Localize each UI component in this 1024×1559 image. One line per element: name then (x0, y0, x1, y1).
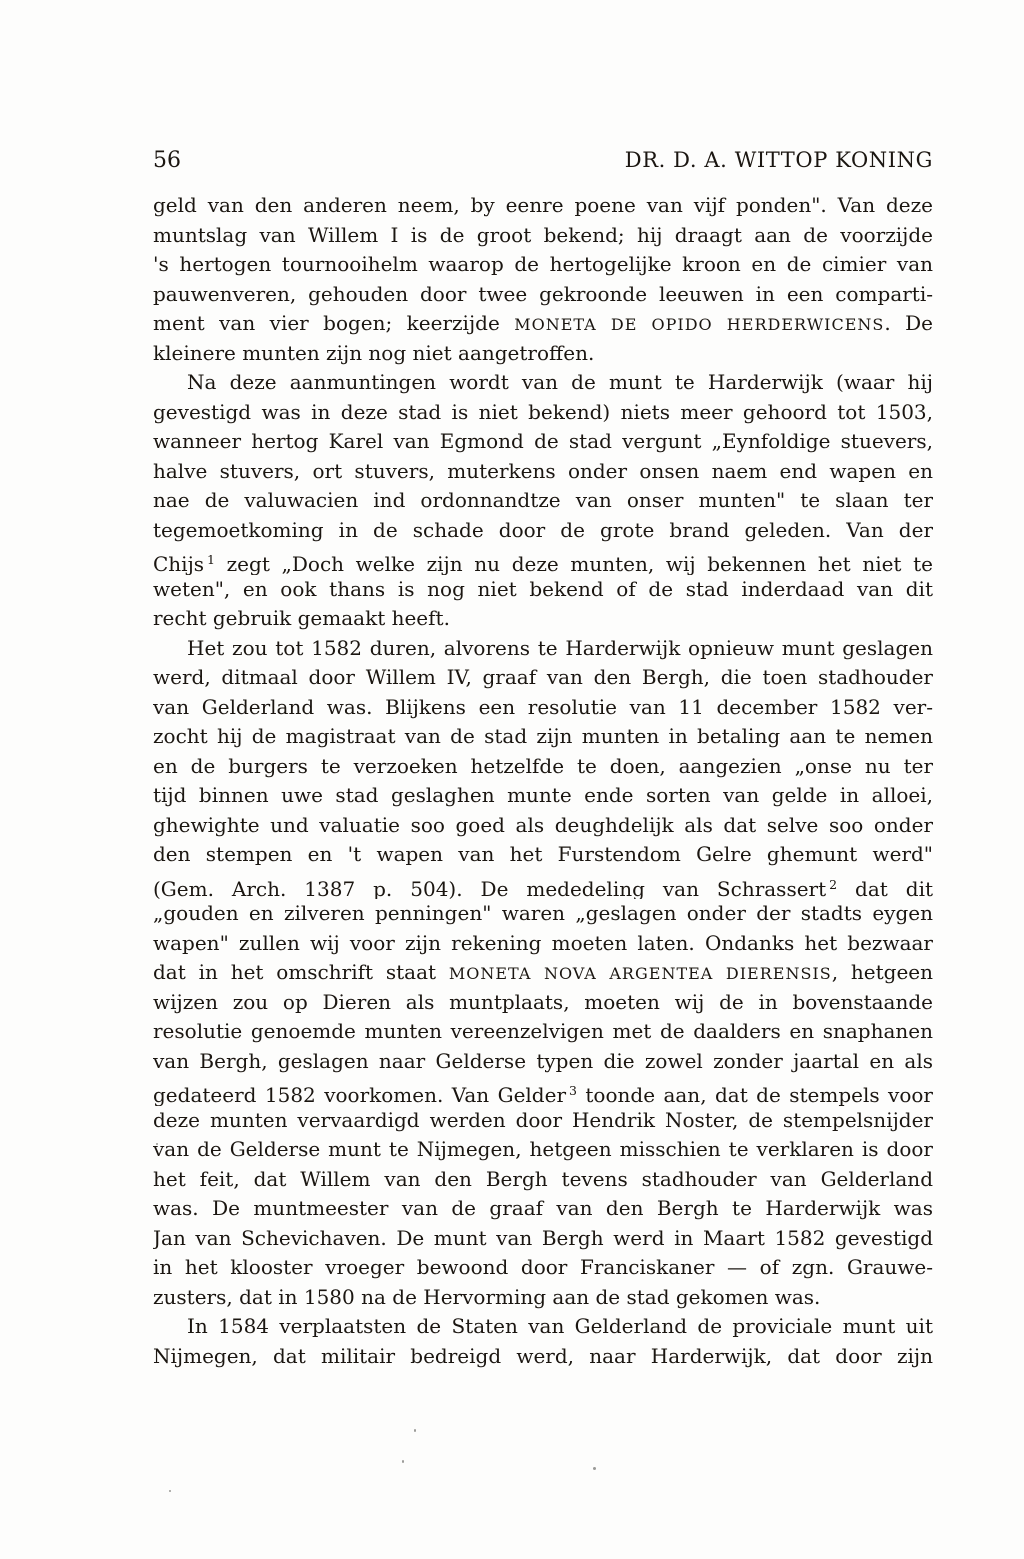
text-line: In 1584 verplaatsten de Staten van Gelde… (153, 1312, 933, 1342)
scan-speck (402, 1460, 404, 1463)
text-line: werd, ditmaal door Willem IV, graaf van … (153, 663, 933, 693)
text-line: kleinere munten zijn nog niet aangetroff… (153, 339, 933, 369)
text-run: en de burgers te verzoeken hetzelfde te … (153, 754, 933, 778)
paragraph: In 1584 verplaatsten de Staten van Gelde… (153, 1312, 933, 1371)
text-run: (Gem. Arch. 1387 p. 504). De mededeling … (153, 877, 826, 900)
text-line: ment van vier bogen; keerzijde MONETA DE… (153, 309, 933, 339)
text-run: ghewighte und valuatie soo goed als deug… (153, 813, 933, 837)
text-run: halve stuvers, ort stuvers, muterkens on… (153, 459, 933, 483)
text-run: wijzen zou op Dieren als muntplaats, moe… (153, 990, 933, 1014)
text-line: deze munten vervaardigd werden door Hend… (153, 1106, 933, 1136)
text-line: het feit, dat Willem van den Bergh teven… (153, 1165, 933, 1195)
text-line: 's hertogen tournooihelm waarop de herto… (153, 250, 933, 280)
text-run: resolutie genoemde munten vereenzelvigen… (153, 1019, 933, 1043)
text-run: Na deze aanmuntingen wordt van de munt t… (187, 370, 933, 394)
text-line: van Gelderland was. Blijkens een resolut… (153, 693, 933, 723)
text-run: van Gelderland was. Blijkens een resolut… (153, 695, 933, 719)
text-body: geld van den anderen neem, by eenre poen… (153, 191, 933, 1371)
text-line: wapen" zullen wij voor zijn rekening moe… (153, 929, 933, 959)
text-line: geld van den anderen neem, by eenre poen… (153, 191, 933, 221)
text-run: werd, ditmaal door Willem IV, graaf van … (153, 665, 933, 689)
coin-legend-smallcaps: MONETA NOVA ARGENTEA DIERENSIS (449, 964, 832, 983)
text-run: . De (884, 311, 933, 335)
text-run: Jan van Schevichaven. De munt van Bergh … (153, 1226, 933, 1250)
text-line: weten", en ook thans is nog niet bekend … (153, 575, 933, 605)
text-run: tegemoetkoming in de schade door de grot… (153, 518, 933, 542)
text-line: zusters, dat in 1580 na de Hervorming aa… (153, 1283, 933, 1313)
text-line: gevestigd was in deze stad is niet beken… (153, 398, 933, 428)
footnote-reference: 1 (207, 552, 215, 567)
text-run: gevestigd was in deze stad is niet beken… (153, 400, 933, 424)
text-line: Na deze aanmuntingen wordt van de munt t… (153, 368, 933, 398)
text-line: „gouden en zilveren penningen" waren „ge… (153, 899, 933, 929)
text-line: wijzen zou op Dieren als muntplaats, moe… (153, 988, 933, 1018)
text-line: van Bergh, geslagen naar Gelderse typen … (153, 1047, 933, 1077)
text-run: van Bergh, geslagen naar Gelderse typen … (153, 1049, 933, 1073)
text-run: 's hertogen tournooihelm waarop de herto… (153, 252, 933, 276)
text-line: Jan van Schevichaven. De munt van Bergh … (153, 1224, 933, 1254)
footnote-reference: 3 (569, 1083, 577, 1098)
paragraph: Het zou tot 1582 duren, alvorens te Hard… (153, 634, 933, 1313)
footnote-reference: 2 (829, 877, 837, 892)
text-line: was. De muntmeester van de graaf van den… (153, 1194, 933, 1224)
text-run: kleinere munten zijn nog niet aangetroff… (153, 341, 594, 365)
text-run: zusters, dat in 1580 na de Hervorming aa… (153, 1285, 820, 1309)
text-run: Chijs (153, 552, 204, 575)
scan-speck (156, 1143, 158, 1145)
text-run: toonde aan, dat de stempels voor (577, 1083, 933, 1106)
paragraph: Na deze aanmuntingen wordt van de munt t… (153, 368, 933, 634)
text-line: ghewighte und valuatie soo goed als deug… (153, 811, 933, 841)
text-run: het feit, dat Willem van den Bergh teven… (153, 1167, 933, 1191)
text-line: Het zou tot 1582 duren, alvorens te Hard… (153, 634, 933, 664)
text-line: (Gem. Arch. 1387 p. 504). De mededeling … (153, 870, 933, 900)
text-run: pauwenveren, gehouden door twee gekroond… (153, 282, 933, 306)
text-line: zocht hij de magistraat van de stad zijn… (153, 722, 933, 752)
text-run: Nijmegen, dat militair bedreigd werd, na… (153, 1344, 933, 1368)
text-run: muntslag van Willem I is de groot bekend… (153, 223, 933, 247)
coin-legend-smallcaps: MONETA DE OPIDO HERDERWICENS (514, 315, 884, 334)
text-run: zocht hij de magistraat van de stad zijn… (153, 724, 933, 748)
text-line: wanneer hertog Karel van Egmond de stad … (153, 427, 933, 457)
text-line: halve stuvers, ort stuvers, muterkens on… (153, 457, 933, 487)
text-run: recht gebruik gemaakt heeft. (153, 606, 450, 630)
text-line: muntslag van Willem I is de groot bekend… (153, 221, 933, 251)
text-line: recht gebruik gemaakt heeft. (153, 604, 933, 634)
text-run: zegt „Doch welke zijn nu deze munten, wi… (215, 552, 933, 575)
paragraph: geld van den anderen neem, by eenre poen… (153, 191, 933, 368)
text-run: deze munten vervaardigd werden door Hend… (153, 1108, 933, 1132)
text-line: tijd binnen uwe stad geslaghen munte end… (153, 781, 933, 811)
text-run: in het klooster vroeger bewoond door Fra… (153, 1255, 933, 1279)
scan-speck (414, 1429, 416, 1432)
text-run: wapen" zullen wij voor zijn rekening moe… (153, 931, 933, 955)
text-run: dat dit (837, 877, 933, 900)
text-line: en de burgers te verzoeken hetzelfde te … (153, 752, 933, 782)
page-number: 56 (153, 148, 181, 173)
text-run: gedateerd 1582 voorkomen. Van Gelder (153, 1083, 566, 1106)
text-run: ment van vier bogen; keerzijde (153, 311, 514, 335)
text-line: in het klooster vroeger bewoond door Fra… (153, 1253, 933, 1283)
text-run: , hetgeen (832, 960, 933, 984)
running-title: DR. D. A. WITTOP KONING (625, 148, 933, 172)
scan-speck (169, 1490, 171, 1492)
text-run: van de Gelderse munt te Nijmegen, hetgee… (153, 1137, 933, 1161)
text-line: resolutie genoemde munten vereenzelvigen… (153, 1017, 933, 1047)
text-run: wanneer hertog Karel van Egmond de stad … (153, 429, 933, 453)
text-run: tijd binnen uwe stad geslaghen munte end… (153, 783, 933, 807)
text-line: den stempen en 't wapen van het Furstend… (153, 840, 933, 870)
text-run: Het zou tot 1582 duren, alvorens te Hard… (187, 636, 933, 660)
scanned-book-page: 56 DR. D. A. WITTOP KONING geld van den … (0, 0, 1024, 1559)
text-run: In 1584 verplaatsten de Staten van Gelde… (187, 1314, 933, 1338)
text-line: dat in het omschrift staat MONETA NOVA A… (153, 958, 933, 988)
text-line: pauwenveren, gehouden door twee gekroond… (153, 280, 933, 310)
text-line: gedateerd 1582 voorkomen. Van Gelder3 to… (153, 1076, 933, 1106)
text-run: den stempen en 't wapen van het Furstend… (153, 842, 933, 866)
text-line: Nijmegen, dat militair bedreigd werd, na… (153, 1342, 933, 1372)
text-run: weten", en ook thans is nog niet bekend … (153, 577, 933, 601)
text-run: nae de valuwacien ind ordonnandtze van o… (153, 488, 933, 512)
text-run: dat in het omschrift staat (153, 960, 449, 984)
text-run: was. De muntmeester van de graaf van den… (153, 1196, 933, 1220)
text-line: tegemoetkoming in de schade door de grot… (153, 516, 933, 546)
text-line: van de Gelderse munt te Nijmegen, hetgee… (153, 1135, 933, 1165)
text-line: nae de valuwacien ind ordonnandtze van o… (153, 486, 933, 516)
text-run: geld van den anderen neem, by eenre poen… (153, 193, 933, 217)
scan-speck (593, 1467, 596, 1470)
text-run: „gouden en zilveren penningen" waren „ge… (153, 901, 933, 925)
running-head: 56 DR. D. A. WITTOP KONING (153, 148, 933, 173)
text-line: Chijs1 zegt „Doch welke zijn nu deze mun… (153, 545, 933, 575)
